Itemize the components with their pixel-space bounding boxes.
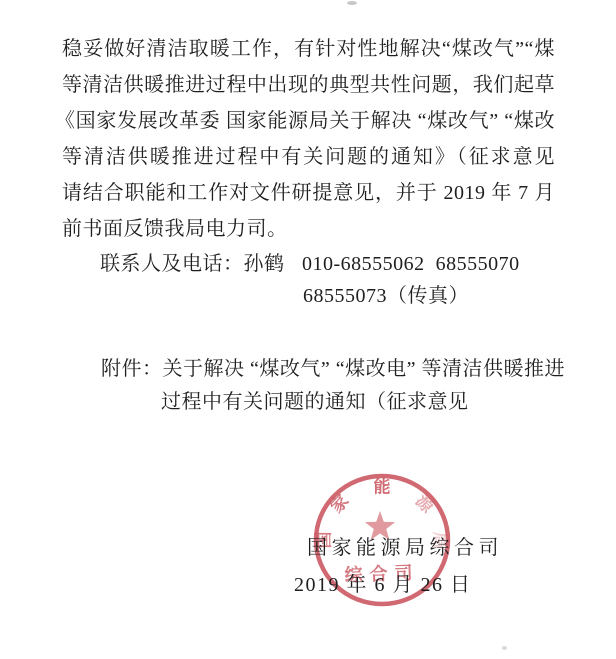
body-line-1: 稳妥做好清洁取暖工作，有针对性地解决“煤改气”“煤改电”	[62, 36, 555, 62]
signature-org: 国家能源局综合司	[307, 535, 503, 561]
body-line-2: 等清洁供暖推进过程中出现的典型共性问题，我们起草了	[62, 72, 555, 98]
body-line-3: 《国家发展改革委 国家能源局关于解决 “煤改气” “煤改电”	[55, 108, 555, 134]
body-line-4: 等清洁供暖推进过程中有关问题的通知》（征求意见稿），现	[62, 144, 555, 170]
text-layer: 稳妥做好清洁取暖工作，有针对性地解决“煤改气”“煤改电” 等清洁供暖推进过程中出…	[0, 0, 616, 659]
contact-phone-fax: 68555073（传真）	[303, 283, 523, 309]
attachment-line-2: 过程中有关问题的通知（征求意见稿）	[161, 389, 491, 415]
attachment-line-1: 附件：关于解决 “煤改气” “煤改电” 等清洁供暖推进	[101, 356, 571, 382]
body-line-6: 前书面反馈我局电力司。	[62, 216, 555, 242]
signature-date: 2019 年 6 月 26 日	[294, 572, 472, 598]
document-page: 国 家 能 源 局 综合司 稳妥做好清洁取暖工作，有针对性地解决“煤改气”“煤改…	[0, 0, 616, 659]
body-line-5: 请结合职能和工作对文件研提意见，并于 2019 年 7 月 3 日	[62, 180, 555, 206]
contact-phone-primary: 010-68555062 68555070	[302, 251, 562, 277]
contact-label: 联系人及电话：孙鹤	[100, 251, 310, 277]
